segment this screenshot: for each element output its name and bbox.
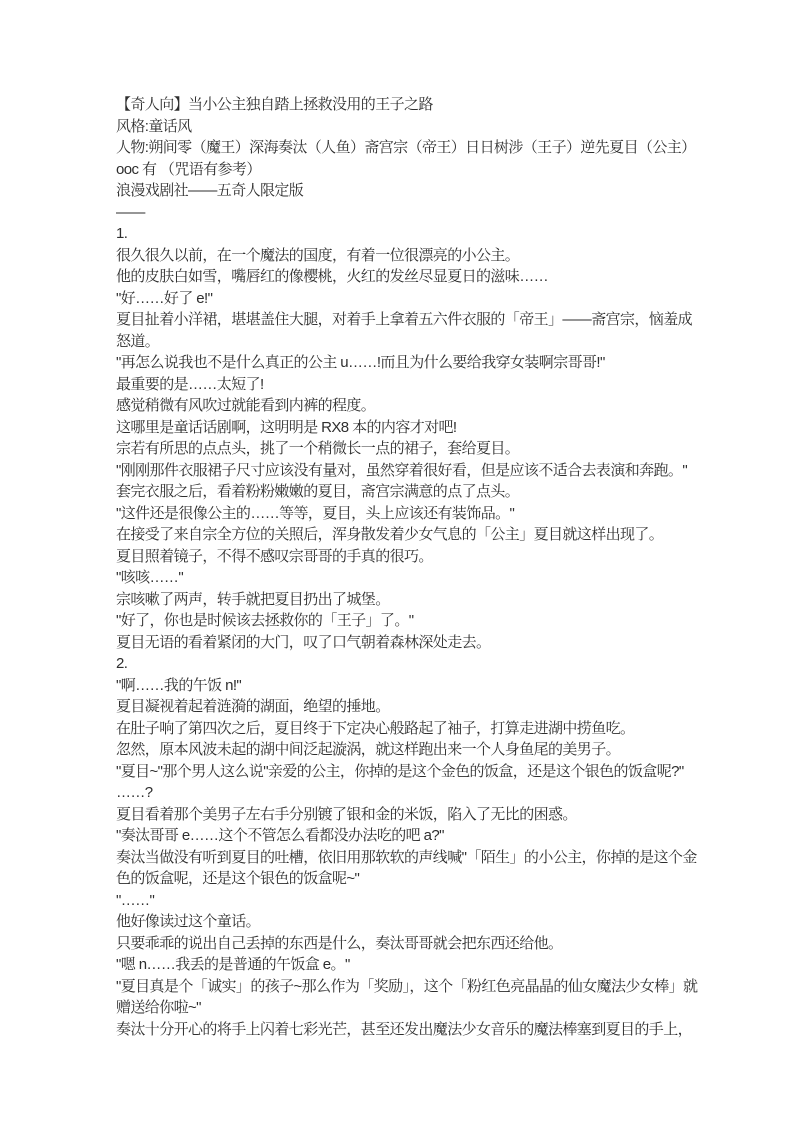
section-number: 2. [116, 653, 698, 675]
paragraph: "啊……我的午饭 n!" [116, 675, 698, 697]
paragraph: 在肚子响了第四次之后，夏目终于下定决心般路起了袖子，打算走进湖中捞鱼吃。 [116, 718, 698, 740]
paragraph: 他的皮肤白如雪，嘴唇红的像樱桃，火红的发丝尽显夏日的滋味…… [116, 266, 698, 288]
paragraph: 他好像读过这个童话。 [116, 911, 698, 933]
paragraph: "咳咳……" [116, 567, 698, 589]
paragraph: "再怎么说我也不是什么真正的公主 u……!而且为什么要给我穿女装啊宗哥哥!" [116, 352, 698, 374]
paragraph: 很久很久以前，在一个魔法的国度，有着一位很漂亮的小公主。 [116, 245, 698, 267]
paragraph: 夏目照着镜子，不得不感叹宗哥哥的手真的很巧。 [116, 546, 698, 568]
paragraph: 只要乖乖的说出自己丢掉的东西是什么，奏汰哥哥就会把东西还给他。 [116, 933, 698, 955]
paragraph: 套完衣服之后，看着粉粉嫩嫩的夏目，斋宫宗满意的点了点头。 [116, 481, 698, 503]
meta-line: 人物:朔间零（魔王）深海奏汰（人鱼）斋宫宗（帝王）日日树涉（王子）逆先夏目（公主… [116, 137, 698, 159]
paragraph: 忽然，原本风波未起的湖中间泛起漩涡，就这样跑出来一个人身鱼尾的美男子。 [116, 739, 698, 761]
paragraph: "奏汰哥哥 e……这个不管怎么看都没办法吃的吧 a?" [116, 825, 698, 847]
paragraph: "……" [116, 890, 698, 912]
paragraph: 奏汰当做没有听到夏目的吐槽，依旧用那软软的声线喊"「陌生」的小公主，你掉的是这个… [116, 847, 698, 890]
paragraph: 宗咳嗽了两声，转手就把夏目扔出了城堡。 [116, 589, 698, 611]
paragraph: "好了，你也是时候该去拯救你的「王子」了。" [116, 610, 698, 632]
meta-line: 浪漫戏剧社——五奇人限定版 [116, 180, 698, 202]
paragraph: 最重要的是……太短了! [116, 374, 698, 396]
doc-title: 【奇人向】当小公主独自踏上拯救没用的王子之路 [116, 94, 698, 116]
paragraph: ……? [116, 782, 698, 804]
paragraph: "刚刚那件衣服裙子尺寸应该没有量对，虽然穿着很好看，但是应该不适合去表演和奔跑。… [116, 460, 698, 482]
paragraph: "夏目~"那个男人这么说"亲爱的公主，你掉的是这个金色的饭盒，还是这个银色的饭盒… [116, 761, 698, 783]
meta-line: —— [116, 202, 698, 224]
paragraph: 感觉稍微有风吹过就能看到内裤的程度。 [116, 395, 698, 417]
meta-line: 风格:童话风 [116, 116, 698, 138]
paragraph: "好……好了 e!" [116, 288, 698, 310]
paragraph: "嗯 n……我丢的是普通的午饭盒 e。" [116, 954, 698, 976]
doc-body: 1.很久很久以前，在一个魔法的国度，有着一位很漂亮的小公主。他的皮肤白如雪，嘴唇… [116, 223, 698, 1040]
paragraph: 宗若有所思的点点头，挑了一个稍微长一点的裙子，套给夏目。 [116, 438, 698, 460]
document-page: 【奇人向】当小公主独自踏上拯救没用的王子之路 风格:童话风人物:朔间零（魔王）深… [116, 94, 698, 1040]
paragraph: 夏目无语的看着紧闭的大门，叹了口气朝着森林深处走去。 [116, 632, 698, 654]
paragraph: 夏目凝视着起着涟漪的湖面，绝望的捶地。 [116, 696, 698, 718]
paragraph: "夏目真是个「诚实」的孩子~那么作为「奖励」，这个「粉红色亮晶晶的仙女魔法少女棒… [116, 976, 698, 1019]
meta-line: ooc 有 （咒语有参考） [116, 159, 698, 181]
paragraph: 这哪里是童话话剧啊，这明明是 RX8 本的内容才对吧! [116, 417, 698, 439]
section-number: 1. [116, 223, 698, 245]
paragraph: 夏目扯着小洋裙，堪堪盖住大腿，对着手上拿着五六件衣服的「帝王」——斋宫宗，恼羞成… [116, 309, 698, 352]
paragraph: 奏汰十分开心的将手上闪着七彩光芒，甚至还发出魔法少女音乐的魔法棒塞到夏目的手上， [116, 1019, 698, 1041]
doc-meta: 风格:童话风人物:朔间零（魔王）深海奏汰（人鱼）斋宫宗（帝王）日日树涉（王子）逆… [116, 116, 698, 224]
paragraph: 夏目看着那个美男子左右手分别镀了银和金的米饭，陷入了无比的困惑。 [116, 804, 698, 826]
paragraph: "这件还是很像公主的……等等，夏目，头上应该还有装饰品。" [116, 503, 698, 525]
paragraph: 在接受了来自宗全方位的关照后，浑身散发着少女气息的「公主」夏目就这样出现了。 [116, 524, 698, 546]
